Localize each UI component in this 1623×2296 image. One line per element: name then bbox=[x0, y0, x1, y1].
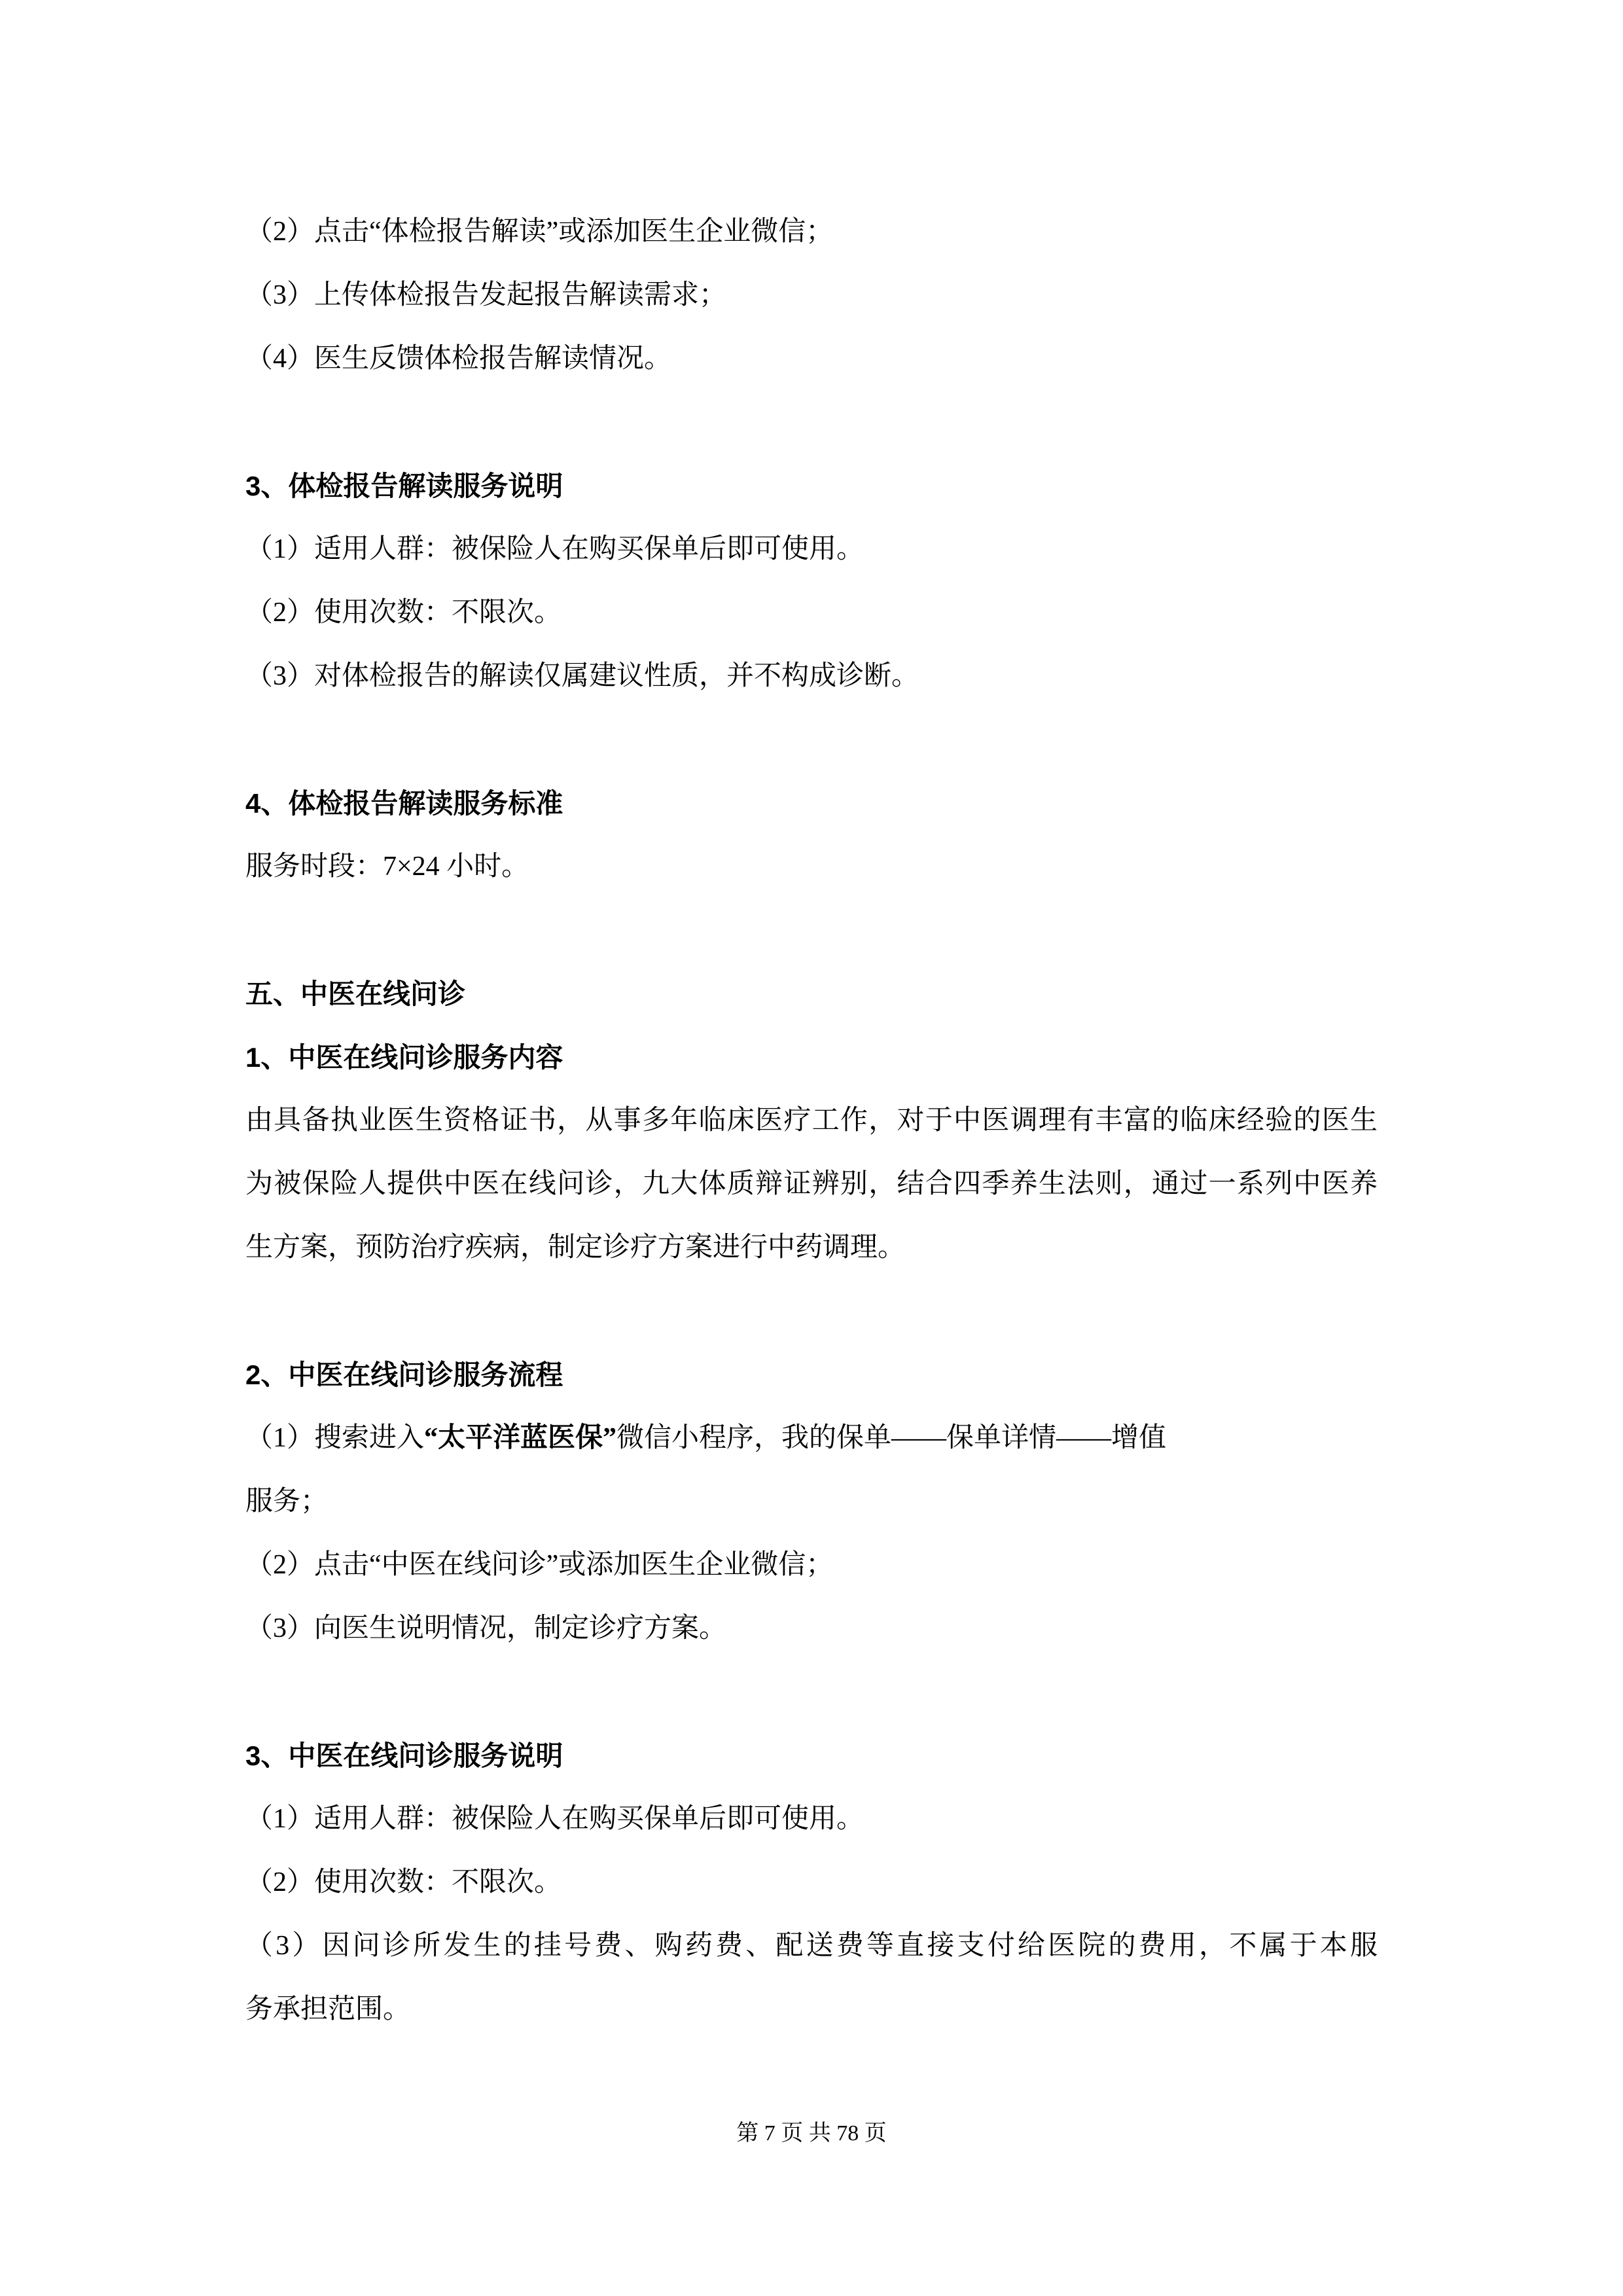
document-page: （2）点击“体检报告解读”或添加医生企业微信； （3）上传体检报告发起报告解读需… bbox=[0, 0, 1623, 2296]
section-heading: 3、体检报告解读服务说明 bbox=[245, 454, 1378, 518]
paragraph-line: 生方案，预防治疗疾病，制定诊疗方案进行中药调理。 bbox=[245, 1216, 1378, 1280]
list-item-text: （1）搜索进入 bbox=[245, 1423, 424, 1453]
brand-name-text: “太平洋蓝医保” bbox=[424, 1423, 616, 1453]
list-item-text: 微信小程序，我的保单——保单详情——增值 bbox=[616, 1423, 1166, 1453]
list-item: （3）因问诊所发生的挂号费、购药费、配送费等直接支付给医院的费用，不属于本服 bbox=[245, 1914, 1378, 1978]
paragraph-line: 由具备执业医生资格证书，从事多年临床医疗工作，对于中医调理有丰富的临床经验的医生 bbox=[245, 1089, 1378, 1153]
list-item: （4）医生反馈体检报告解读情况。 bbox=[245, 327, 1378, 391]
list-item: （1）适用人群：被保险人在购买保单后即可使用。 bbox=[245, 518, 1378, 581]
paragraph-line: 服务时段：7×24 小时。 bbox=[245, 835, 1378, 899]
section-heading: 4、体检报告解读服务标准 bbox=[245, 772, 1378, 835]
list-item: （2）使用次数：不限次。 bbox=[245, 1851, 1378, 1914]
list-item: （3）向医生说明情况，制定诊疗方案。 bbox=[245, 1597, 1378, 1660]
section-heading: 2、中医在线问诊服务流程 bbox=[245, 1343, 1378, 1407]
page-number: 第 7 页 共 78 页 bbox=[0, 2119, 1623, 2148]
list-item: （2）使用次数：不限次。 bbox=[245, 581, 1378, 645]
paragraph-line: 为被保险人提供中医在线问诊，九大体质辩证辨别，结合四季养生法则，通过一系列中医养 bbox=[245, 1153, 1378, 1216]
list-item: （3）对体检报告的解读仅属建议性质，并不构成诊断。 bbox=[245, 645, 1378, 708]
list-item: （2）点击“体检报告解读”或添加医生企业微信； bbox=[245, 200, 1378, 264]
list-item: （1）适用人群：被保险人在购买保单后即可使用。 bbox=[245, 1787, 1378, 1851]
list-item: （2）点击“中医在线问诊”或添加医生企业微信； bbox=[245, 1534, 1378, 1597]
paragraph-line: 务承担范围。 bbox=[245, 1978, 1378, 2041]
document-body: （2）点击“体检报告解读”或添加医生企业微信； （3）上传体检报告发起报告解读需… bbox=[245, 200, 1378, 2041]
list-item: （3）上传体检报告发起报告解读需求； bbox=[245, 264, 1378, 327]
section-heading: 3、中医在线问诊服务说明 bbox=[245, 1724, 1378, 1787]
section-heading: 1、中医在线问诊服务内容 bbox=[245, 1026, 1378, 1089]
paragraph-line: 服务； bbox=[245, 1470, 1378, 1534]
list-item: （1）搜索进入“太平洋蓝医保”微信小程序，我的保单——保单详情——增值 bbox=[245, 1407, 1378, 1470]
chapter-heading: 五、中医在线问诊 bbox=[245, 962, 1378, 1026]
